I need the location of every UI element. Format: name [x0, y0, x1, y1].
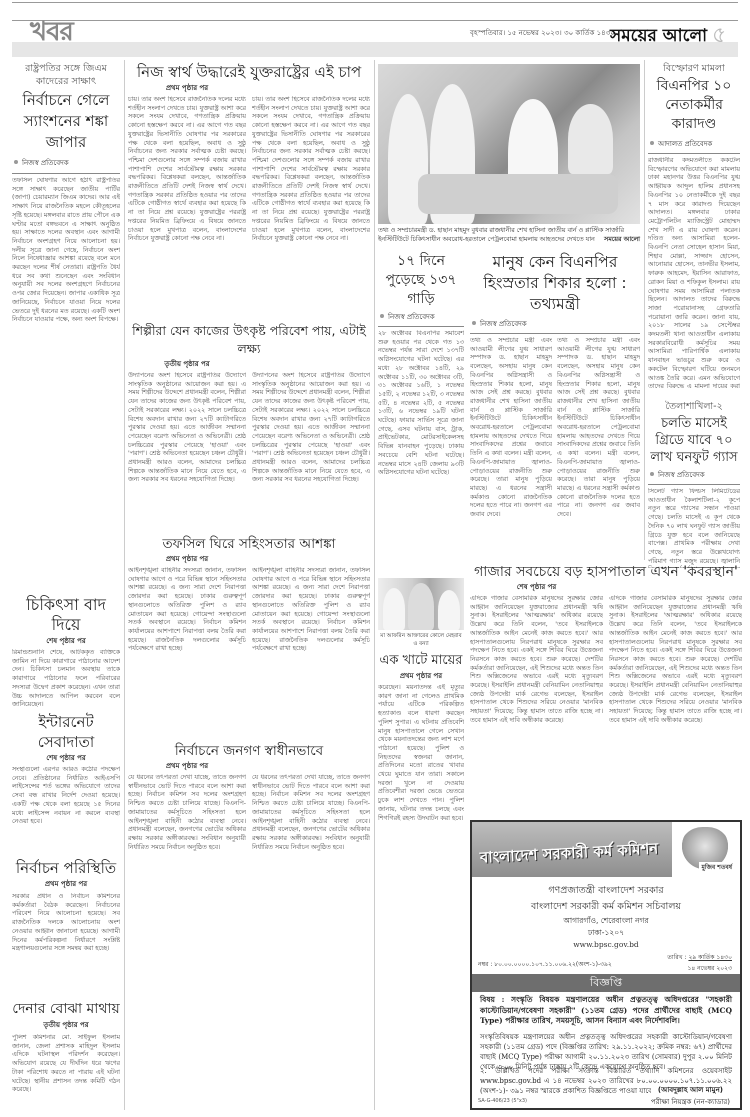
- article-kicker: বিস্ফোরণ মামলা: [648, 62, 740, 75]
- date-bangla: ২৯ কার্তিক ১৪৩০: [688, 954, 732, 961]
- article-body-continued: এদিকে গাজার বেসামরিক মানুষদের সুরক্ষার জ…: [609, 595, 742, 825]
- divider: [12, 173, 120, 174]
- notice-title: বিজ্ঞপ্তি: [472, 974, 740, 992]
- column-divider: [644, 60, 645, 560]
- article-gaza[interactable]: গাজার সবচেয়ে বড় হাসপাতাল এখন 'কবরস্থান…: [470, 563, 742, 825]
- ad-city-line: ঢাকা-১২০৭: [472, 928, 740, 940]
- byline: আদালত প্রতিবেদক: [648, 138, 740, 150]
- section-label: খবর: [30, 20, 73, 44]
- article-body: তথ্য ও সম্প্রচার মন্ত্রী এবং আওয়ামী লীগ…: [470, 337, 552, 577]
- article-body: উদ্যাপনের অংশ হিসেবে রাষ্ট্রপতির উদ্যোগে…: [128, 372, 246, 562]
- byline: নিজস্ব প্রতিবেদক: [648, 469, 740, 481]
- signatory-block: (আবদুল্লাহ আল মামুন) পরীক্ষা নিয়ন্ত্রক …: [651, 1084, 730, 1108]
- article-body: যে ধরনের তৎপরতা দেখা যাচ্ছে, তাতে জনগণ স…: [128, 774, 246, 1117]
- article-body-continued: যে ধরনের তৎপরতা দেখা যাচ্ছে, তাতে জনগণ স…: [252, 774, 370, 1117]
- article-artists[interactable]: শিল্পীরা যেন কাজের উৎকৃষ্ট পরিবেশ পায়, …: [128, 322, 370, 562]
- article-body: সংস্থাগুলো এরপর আরও কঠোর পদক্ষেপ নেবে। প…: [12, 766, 120, 846]
- ad-banner-text: বাংলাদেশ সরকারী কর্ম কমিশন: [479, 837, 659, 871]
- news-photo-hospital: [378, 64, 640, 224]
- header-band: [12, 42, 738, 57]
- article-headline[interactable]: চলতি মাসেই গ্রিডে যাবে ৭০ লাখ ঘনফুট গ্যা…: [648, 415, 740, 466]
- ad-memo-number: নম্বর : ৮০.০০.০০০০.১০৭.১১.০০৬.২২(অংশ-১)-…: [478, 959, 612, 970]
- article-headline[interactable]: দেনার বোঝা মাথায়: [12, 1000, 120, 1019]
- jump-line: তৃতীয় পৃষ্ঠার পর: [128, 358, 246, 370]
- photo-credit: সময়ের আলো: [604, 235, 640, 244]
- article-headline[interactable]: চিকিৎসা বাদ দিয়ে: [12, 595, 120, 635]
- article-headline[interactable]: ১৭ দিনে পুড়েছে ১৩৭ গাড়ি: [378, 252, 464, 309]
- jump-line: প্রথম পৃষ্ঠার পর: [128, 82, 246, 94]
- jump-line: প্রথম পৃষ্ঠার পর: [128, 553, 246, 565]
- article-headline[interactable]: ইন্টারনেট সেবাদাতা: [12, 712, 120, 752]
- article-usa[interactable]: নিজ স্বার্থ উদ্ধারেই যুক্তরাষ্ট্রের এই চ…: [128, 62, 370, 326]
- ad-website-link[interactable]: www.bpsc.gov.bd: [472, 940, 740, 949]
- jump-line: শেষ পৃষ্ঠার পর: [470, 581, 603, 593]
- bpsc-advertisement: বাংলাদেশ সরকারী কর্ম কমিশন মুজিব শতবর্ষ …: [470, 820, 742, 1110]
- ad-address-line: আগারগাঁও, শেরেবাংলা নগর: [472, 916, 740, 928]
- photo-caption: তথ্য ও সম্প্রচারমন্ত্রী ড. হাছান মাহমুদ …: [378, 226, 640, 244]
- article-body: সিলেট গ্যাস ফিল্ডস লিমিটেডের আওতাধীন কৈল…: [648, 488, 740, 568]
- signatory-name: (আবদুল্লাহ আল মামুন): [651, 1084, 730, 1096]
- article-headline[interactable]: নির্বাচন পরিস্থিতি: [12, 858, 120, 878]
- dateline: বৃহস্পতিবার। ১৫ নভেম্বর ২০২৩। ৩০ কার্তিক…: [470, 27, 615, 39]
- article-japa[interactable]: রাষ্ট্রপতির সঙ্গে জিএম কাদেরের সাক্ষাৎ ন…: [12, 62, 120, 547]
- article-cars[interactable]: ১৭ দিনে পুড়েছে ১৩৭ গাড়ি নিজস্ব প্রতিবে…: [378, 252, 464, 585]
- column-divider: [374, 60, 375, 1110]
- article-body-continued: চায়। তার অংশ হিসেবে রাজনৈতিক দলের মধ্যে…: [252, 96, 370, 326]
- date-label: তারিখ :: [667, 954, 686, 961]
- article-body-continued: তথ্য ও সম্প্রচার মন্ত্রী এবং আওয়ামী লীগ…: [557, 337, 640, 577]
- mujib-year-badge: মুজিব শতবর্ষ: [699, 862, 734, 873]
- date-english: ১৪ নভেম্বর ২০২৩: [687, 965, 732, 972]
- article-headline[interactable]: শিল্পীরা যেন কাজের উৎকৃষ্ট পরিবেশ পায়, …: [128, 322, 370, 358]
- ad-banner-image: বাংলাদেশ সরকারী কর্ম কমিশন: [472, 822, 672, 877]
- article-body: ২৮ অক্টোবর বিএনপির সমাবেশ শুরু হওয়ার পর…: [378, 330, 464, 585]
- article-headline[interactable]: তফসিল ঘিরে সহিংসতার আশঙ্কা: [128, 535, 370, 553]
- jump-line: প্রথম পৃষ্ঠার পর: [12, 878, 120, 890]
- article-debt[interactable]: দেনার বোঝা মাথায় তৃতীয় পৃষ্ঠার পর পুলি…: [12, 1000, 120, 1117]
- article-kicker: রাষ্ট্রপতির সঙ্গে জিএম কাদেরের সাক্ষাৎ: [12, 62, 120, 88]
- article-body: তফসিল ঘোষণার আগে হঠাৎ রাষ্ট্রপতির সঙ্গে …: [12, 177, 120, 547]
- photo-caption: মা আফরিন আক্তারের কোলে মেহরাব ও বন্যা: [378, 632, 464, 648]
- article-internet[interactable]: ইন্টারনেট সেবাদাতা শেষ পৃষ্ঠার পর সংস্থা…: [12, 712, 120, 846]
- signatory-title: পরীক্ষা নিয়ন্ত্রক (নন-ক্যাডার): [651, 1096, 730, 1108]
- article-minister[interactable]: মানুষ কেন বিএনপির হিংস্রতার শিকার হলো : …: [470, 252, 640, 577]
- article-situation[interactable]: নির্বাচন পরিস্থিতি প্রথম পৃষ্ঠার পর সরকা…: [12, 858, 120, 1018]
- article-body: আইনশৃঙ্খলা বাহিনীর সদস্যরা জানান, তফসিল …: [128, 567, 246, 757]
- article-gas[interactable]: তৈলাশাখিলা-২ চলতি মাসেই গ্রিডে যাবে ৭০ ল…: [648, 400, 740, 568]
- jump-line: প্রথম পৃষ্ঠার পর: [378, 670, 464, 682]
- byline: নিজস্ব প্রতিবেদক: [12, 157, 120, 169]
- article-headline[interactable]: এক খাটে মায়ের: [378, 652, 464, 670]
- article-headline[interactable]: নির্বাচনে গেলে স্যাংশনের শঙ্কা জাপার: [12, 90, 120, 153]
- divider: [648, 484, 740, 485]
- article-bnp10[interactable]: বিস্ফোরণ মামলা বিএনপির ১০ নেতাকর্মীর কার…: [648, 62, 740, 392]
- jump-line: শেষ পৃষ্ঠার পর: [12, 635, 120, 647]
- article-body: চায়। তার অংশ হিসেবে রাজনৈতিক দলের মধ্যে…: [128, 96, 246, 326]
- ad-gov-line: গণপ্রজাতন্ত্রী বাংলাদেশ সরকার: [472, 884, 740, 899]
- article-body: পুলিশ কমিশনার মো. সাইফুল ইসলাম জানান, জে…: [12, 1034, 120, 1117]
- article-kicker: তৈলাশাখিলা-২: [648, 400, 740, 413]
- article-election[interactable]: নির্বাচনে জনগণ স্বাধীনভাবে প্রথম পৃষ্ঠার…: [128, 742, 370, 1117]
- article-body: রাজধানীর কদমতলীতে ককটেল বিস্ফোরণের অভিযো…: [648, 157, 740, 392]
- divider: [470, 333, 640, 334]
- top-rule: [12, 2, 738, 3]
- article-body-continued: আইনশৃঙ্খলা বাহিনীর সদস্যরা জানান, তফসিল …: [252, 567, 370, 757]
- article-body: করেছেন। ময়নাতদন্ত এই মৃত্যুর কারণ জানা …: [378, 684, 464, 1104]
- byline: নিজস্ব প্রতিবেদক: [470, 318, 640, 330]
- news-photo-mother-children: [378, 578, 464, 630]
- article-body: এদিকে গাজার বেসামরিক মানুষদের সুরক্ষার জ…: [470, 595, 603, 825]
- divider: [648, 153, 740, 154]
- jump-line: প্রথম পৃষ্ঠার পর: [128, 760, 246, 772]
- ad-code: SA-G-406/23 (5"x3): [478, 1098, 527, 1104]
- article-tofsil[interactable]: তফসিল ঘিরে সহিংসতার আশঙ্কা প্রথম পৃষ্ঠার…: [128, 535, 370, 757]
- article-headline[interactable]: নিজ স্বার্থ উদ্ধারেই যুক্তরাষ্ট্রের এই চ…: [128, 62, 370, 82]
- byline: নিজস্ব প্রতিবেদক: [378, 311, 464, 323]
- caption-text: তথ্য ও সম্প্রচারমন্ত্রী ড. হাছান মাহমুদ …: [378, 227, 624, 243]
- jump-line: শেষ পৃষ্ঠার পর: [12, 752, 120, 764]
- article-headline[interactable]: বিএনপির ১০ নেতাকর্মীর কারাদণ্ড: [648, 77, 740, 134]
- article-headline[interactable]: মানুষ কেন বিএনপির হিংস্রতার শিকার হলো : …: [470, 252, 640, 315]
- article-mother[interactable]: মা আফরিন আক্তারের কোলে মেহরাব ও বন্যা এক…: [378, 632, 464, 1104]
- article-body-continued: উদ্যাপনের অংশ হিসেবে রাষ্ট্রপতির উদ্যোগে…: [252, 372, 370, 562]
- column-divider: [124, 60, 125, 1110]
- article-headline[interactable]: গাজার সবচেয়ে বড় হাসপাতাল এখন 'কবরস্থান…: [470, 563, 742, 581]
- article-headline[interactable]: নির্বাচনে জনগণ স্বাধীনভাবে: [128, 742, 370, 760]
- divider: [378, 326, 464, 327]
- notice-subject: বিষয় : সংস্কৃতি বিষয়ক মন্ত্রণালয়ের অধ…: [480, 995, 732, 1027]
- ad-org-line: বাংলাদেশ সরকারী কর্ম কমিশন সচিবালয়: [472, 900, 740, 915]
- ad-date-block: তারিখ : ২৯ কার্তিক ১৪৩০ ১৪ নভেম্বর ২০২৩: [667, 952, 732, 974]
- jump-line: তৃতীয় পৃষ্ঠার পর: [12, 1019, 120, 1031]
